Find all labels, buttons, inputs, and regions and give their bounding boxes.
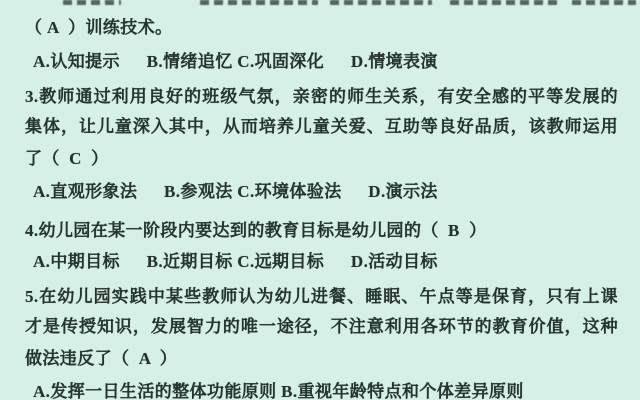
question-3-stem-line-1: 3.教师通过利用良好的班级气氛，亲密的师生关系，有安全感的平等发展的	[25, 86, 618, 108]
clipped-glyph-fragment	[572, 0, 636, 5]
clipped-glyph-fragment	[63, 0, 121, 5]
clipped-glyph-fragment	[450, 0, 560, 5]
question-3-options: A.直观形象法 B.参观法 C.环境体验法 D.演示法	[33, 181, 438, 203]
question-4-options: A.中期目标 B.近期目标 C.远期目标 D.活动目标	[33, 251, 438, 273]
question-5-stem-line-2: 才是传授知识，发展智力的唯一途径，不注意利用各环节的教育价值，这种	[25, 316, 618, 338]
exam-sheet: （ A ）训练技术。 A.认知提示 B.情绪追忆 C.巩固深化 D.情境表演 3…	[0, 0, 640, 400]
question-3-stem-line-2: 集体，让儿童深入其中，从而培养儿童关爱、互助等良好品质，该教师运用	[25, 116, 618, 138]
question-4-stem: 4.幼儿园在某一阶段内要达到的教育目标是幼儿园的（ B ）	[25, 220, 487, 242]
question-5-answer-line: 做法违反了（ A ）	[25, 348, 177, 370]
question-5-options-partial: A.发挥一日生活的整体功能原则 B.重视年龄特点和个体差异原则	[33, 381, 524, 400]
question-3-answer-line: 了（ C ）	[25, 148, 108, 170]
clipped-glyph-fragment	[200, 0, 318, 5]
clipped-glyph-fragment	[330, 0, 432, 5]
question-2-options: A.认知提示 B.情绪追忆 C.巩固深化 D.情境表演	[33, 51, 438, 73]
question-2-answer-line: （ A ）训练技术。	[25, 17, 173, 39]
clipped-text-remnants	[0, 0, 640, 8]
question-5-stem-line-1: 5.在幼儿园实践中某些教师认为幼儿进餐、睡眠、午点等是保育，只有上课	[25, 286, 618, 308]
